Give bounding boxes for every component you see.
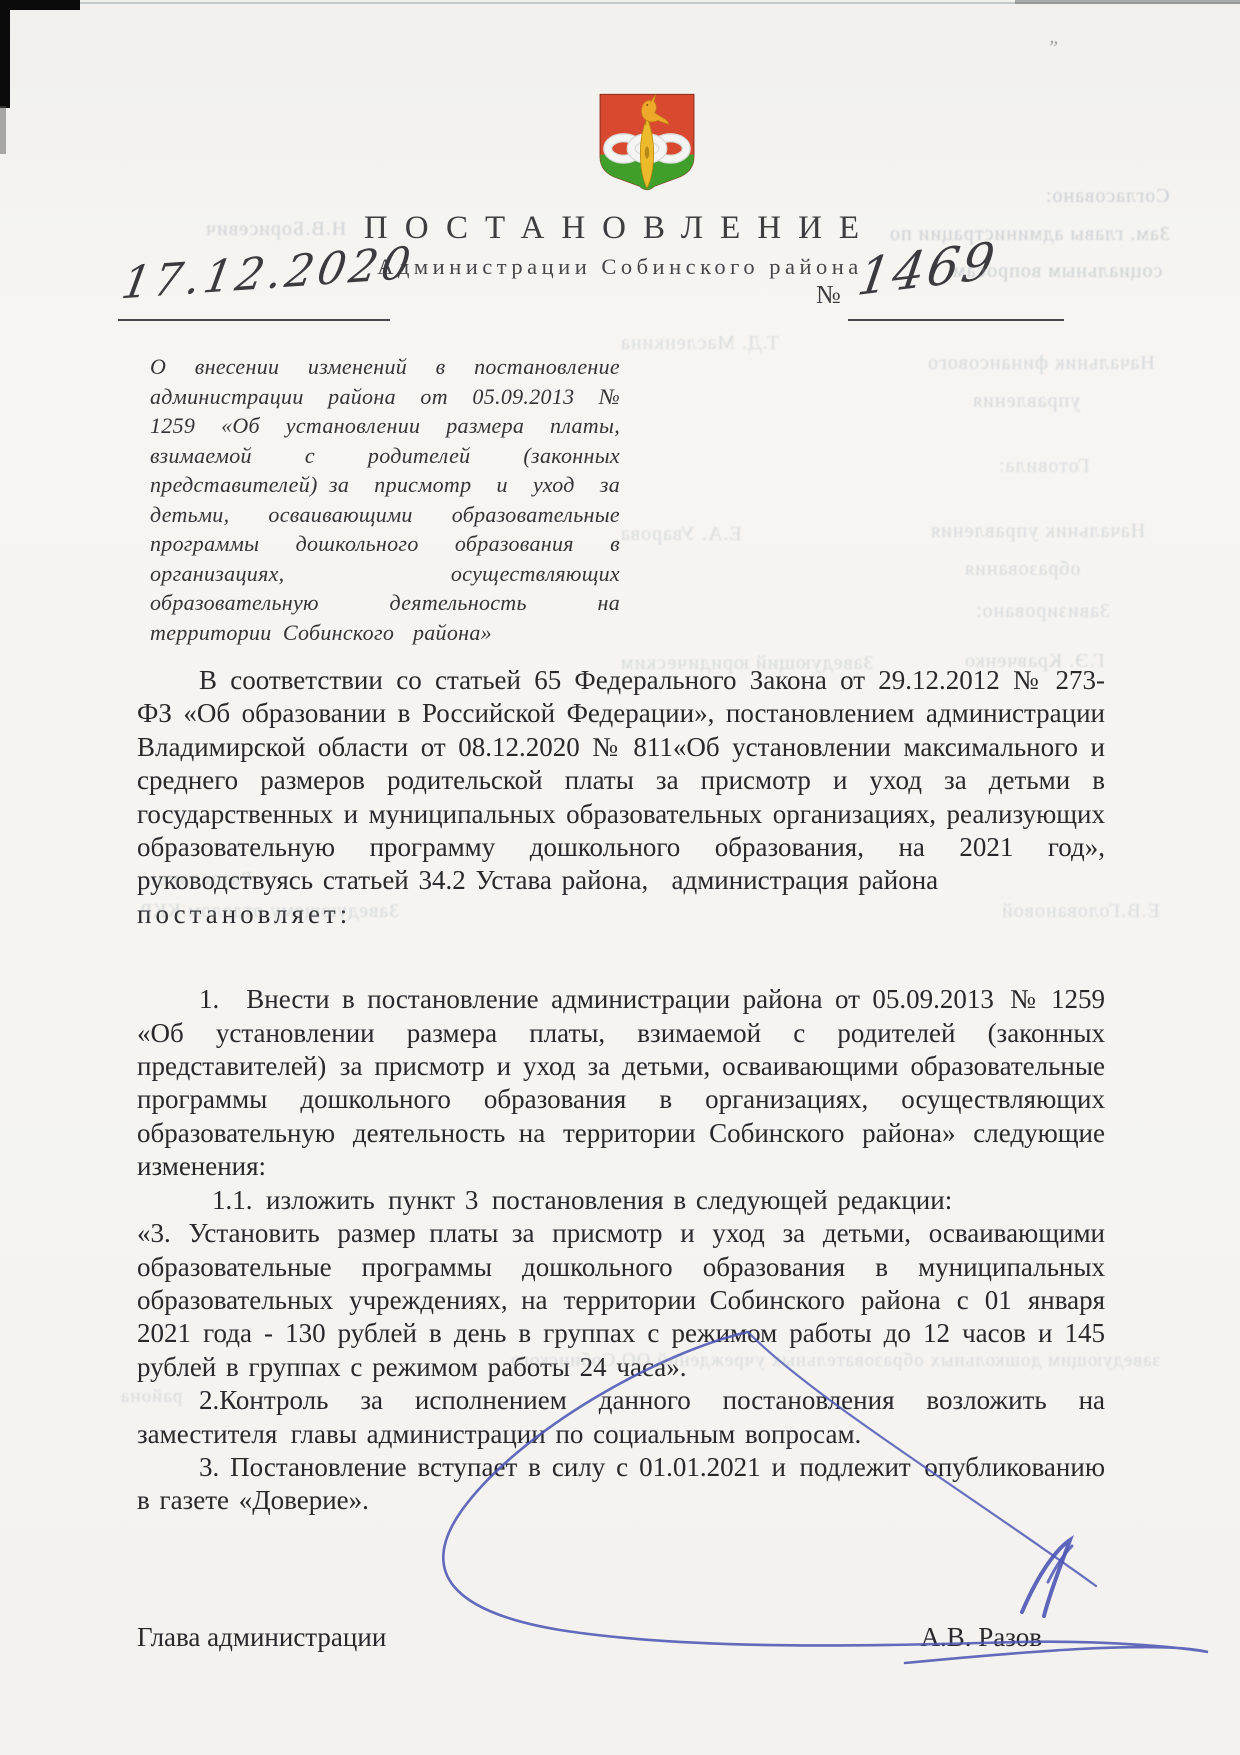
bleedthrough-text: образования [964, 558, 1081, 581]
date-underline [118, 319, 390, 321]
paragraph-intro: В соответствии со статьей 65 Федеральног… [137, 664, 1105, 898]
district-emblem [596, 90, 698, 210]
bleedthrough-text: района [120, 1386, 182, 1408]
scan-corner-artifact [0, 106, 6, 154]
handwritten-date: 17.12.2020 [118, 237, 418, 309]
emblem-shuttle-slit [645, 146, 649, 158]
number-sign: № [816, 280, 841, 310]
number-underline [848, 319, 1064, 321]
scan-corner-artifact [0, 0, 80, 10]
bleedthrough-text: Разослано: [150, 868, 252, 891]
bleedthrough-text: Н.В.Борисевич [205, 218, 346, 241]
scan-speck: „ [1048, 25, 1060, 49]
bleedthrough-text: Заведующий юридическим [620, 652, 874, 675]
bleedthrough-text: Заведующему отделом ККР [140, 900, 399, 923]
paragraph-item-1-1: 1.1. изложить пункт 3 постановления в сл… [137, 1184, 1105, 1217]
paragraph-item-3: 3. Постановление вступает в силу с 01.01… [137, 1451, 1105, 1518]
bleedthrough-text: Согласовано: [1045, 185, 1170, 208]
document-body: В соответствии со статьей 65 Федеральног… [137, 664, 1105, 1518]
bleedthrough-text: Г.Э. Кравченко [964, 650, 1105, 673]
signer-name: А.В. Разов [920, 1622, 1042, 1653]
bleedthrough-text: Зам. главы администрации по [889, 223, 1170, 246]
scanned-document-page: „ ПОСТАНО [0, 0, 1240, 1755]
document-subject: О внесении изменений в постановление адм… [150, 352, 620, 647]
bleedthrough-text: Готовила: [998, 455, 1090, 478]
bleedthrough-text: Е.В.Головановой [1001, 900, 1160, 923]
bleedthrough-text: Начальник финансового [927, 352, 1155, 375]
bleedthrough-text: Е.А. Уварова [620, 523, 742, 546]
paragraph-item-2: 2.Контроль за исполнением данного постан… [137, 1384, 1105, 1451]
bleedthrough-text: Начальник управления [930, 520, 1145, 543]
paragraph-item-1: 1. Внести в постановление администрации … [137, 983, 1105, 1183]
scan-edge-shadow [1015, 0, 1240, 4]
bleedthrough-text: управления [972, 390, 1080, 413]
bleedthrough-text: Завизировано: [975, 600, 1110, 623]
bleedthrough-text: социальным вопросам [952, 260, 1162, 283]
bleedthrough-text: заведующим дошкольных образовательных уч… [510, 1350, 1160, 1372]
signer-position: Глава администрации [137, 1622, 386, 1653]
scan-corner-artifact [0, 0, 10, 108]
bleedthrough-text: Т.Д. Масленкина [620, 332, 779, 355]
